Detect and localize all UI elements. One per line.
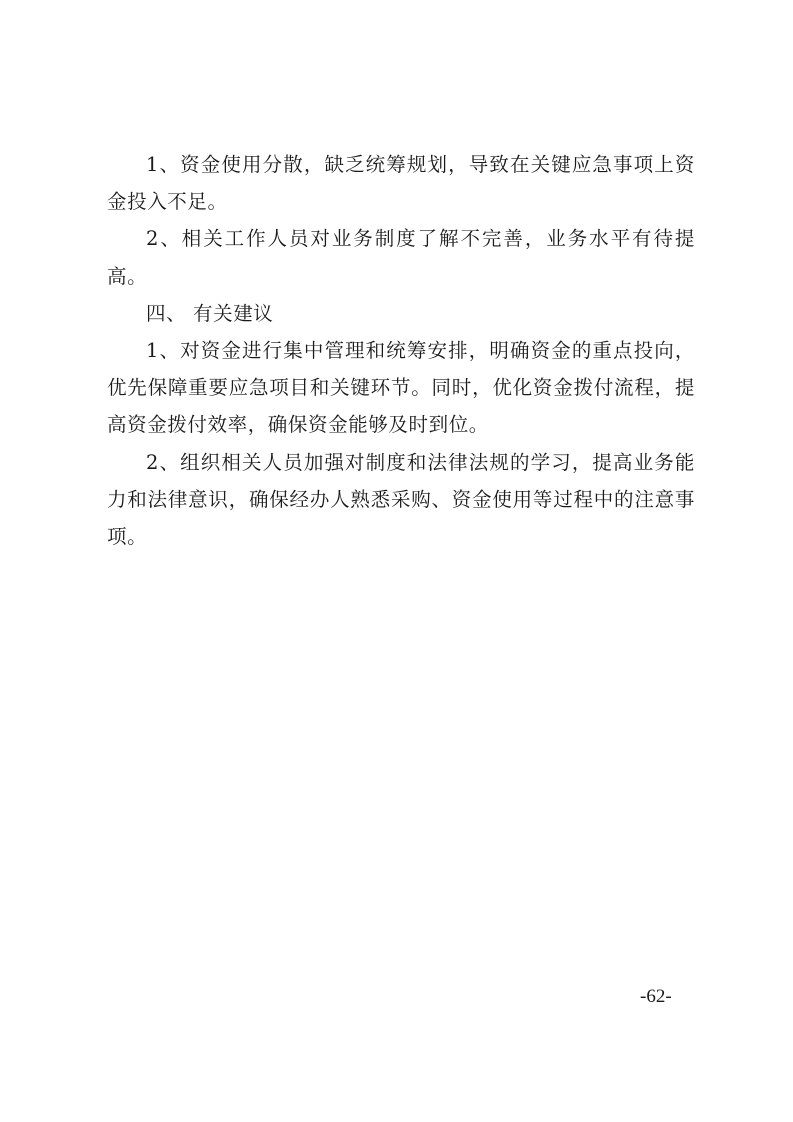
issue-paragraph-2: 2、相关工作人员对业务制度了解不完善，业务水平有待提高。	[107, 220, 695, 294]
document-body: 1、资金使用分散，缺乏统筹规划，导致在关键应急事项上资金投入不足。 2、相关工作…	[107, 146, 695, 555]
issue-paragraph-1: 1、资金使用分散，缺乏统筹规划，导致在关键应急事项上资金投入不足。	[107, 146, 695, 220]
page-number: -62-	[640, 986, 700, 1008]
suggestion-paragraph-1: 1、对资金进行集中管理和统筹安排，明确资金的重点投向，优先保障重要应急项目和关键…	[107, 332, 695, 444]
suggestion-paragraph-2: 2、组织相关人员加强对制度和法律法规的学习，提高业务能力和法律意识，确保经办人熟…	[107, 444, 695, 556]
section-heading: 四、 有关建议	[107, 295, 695, 332]
document-page: 1、资金使用分散，缺乏统筹规划，导致在关键应急事项上资金投入不足。 2、相关工作…	[0, 0, 793, 1122]
